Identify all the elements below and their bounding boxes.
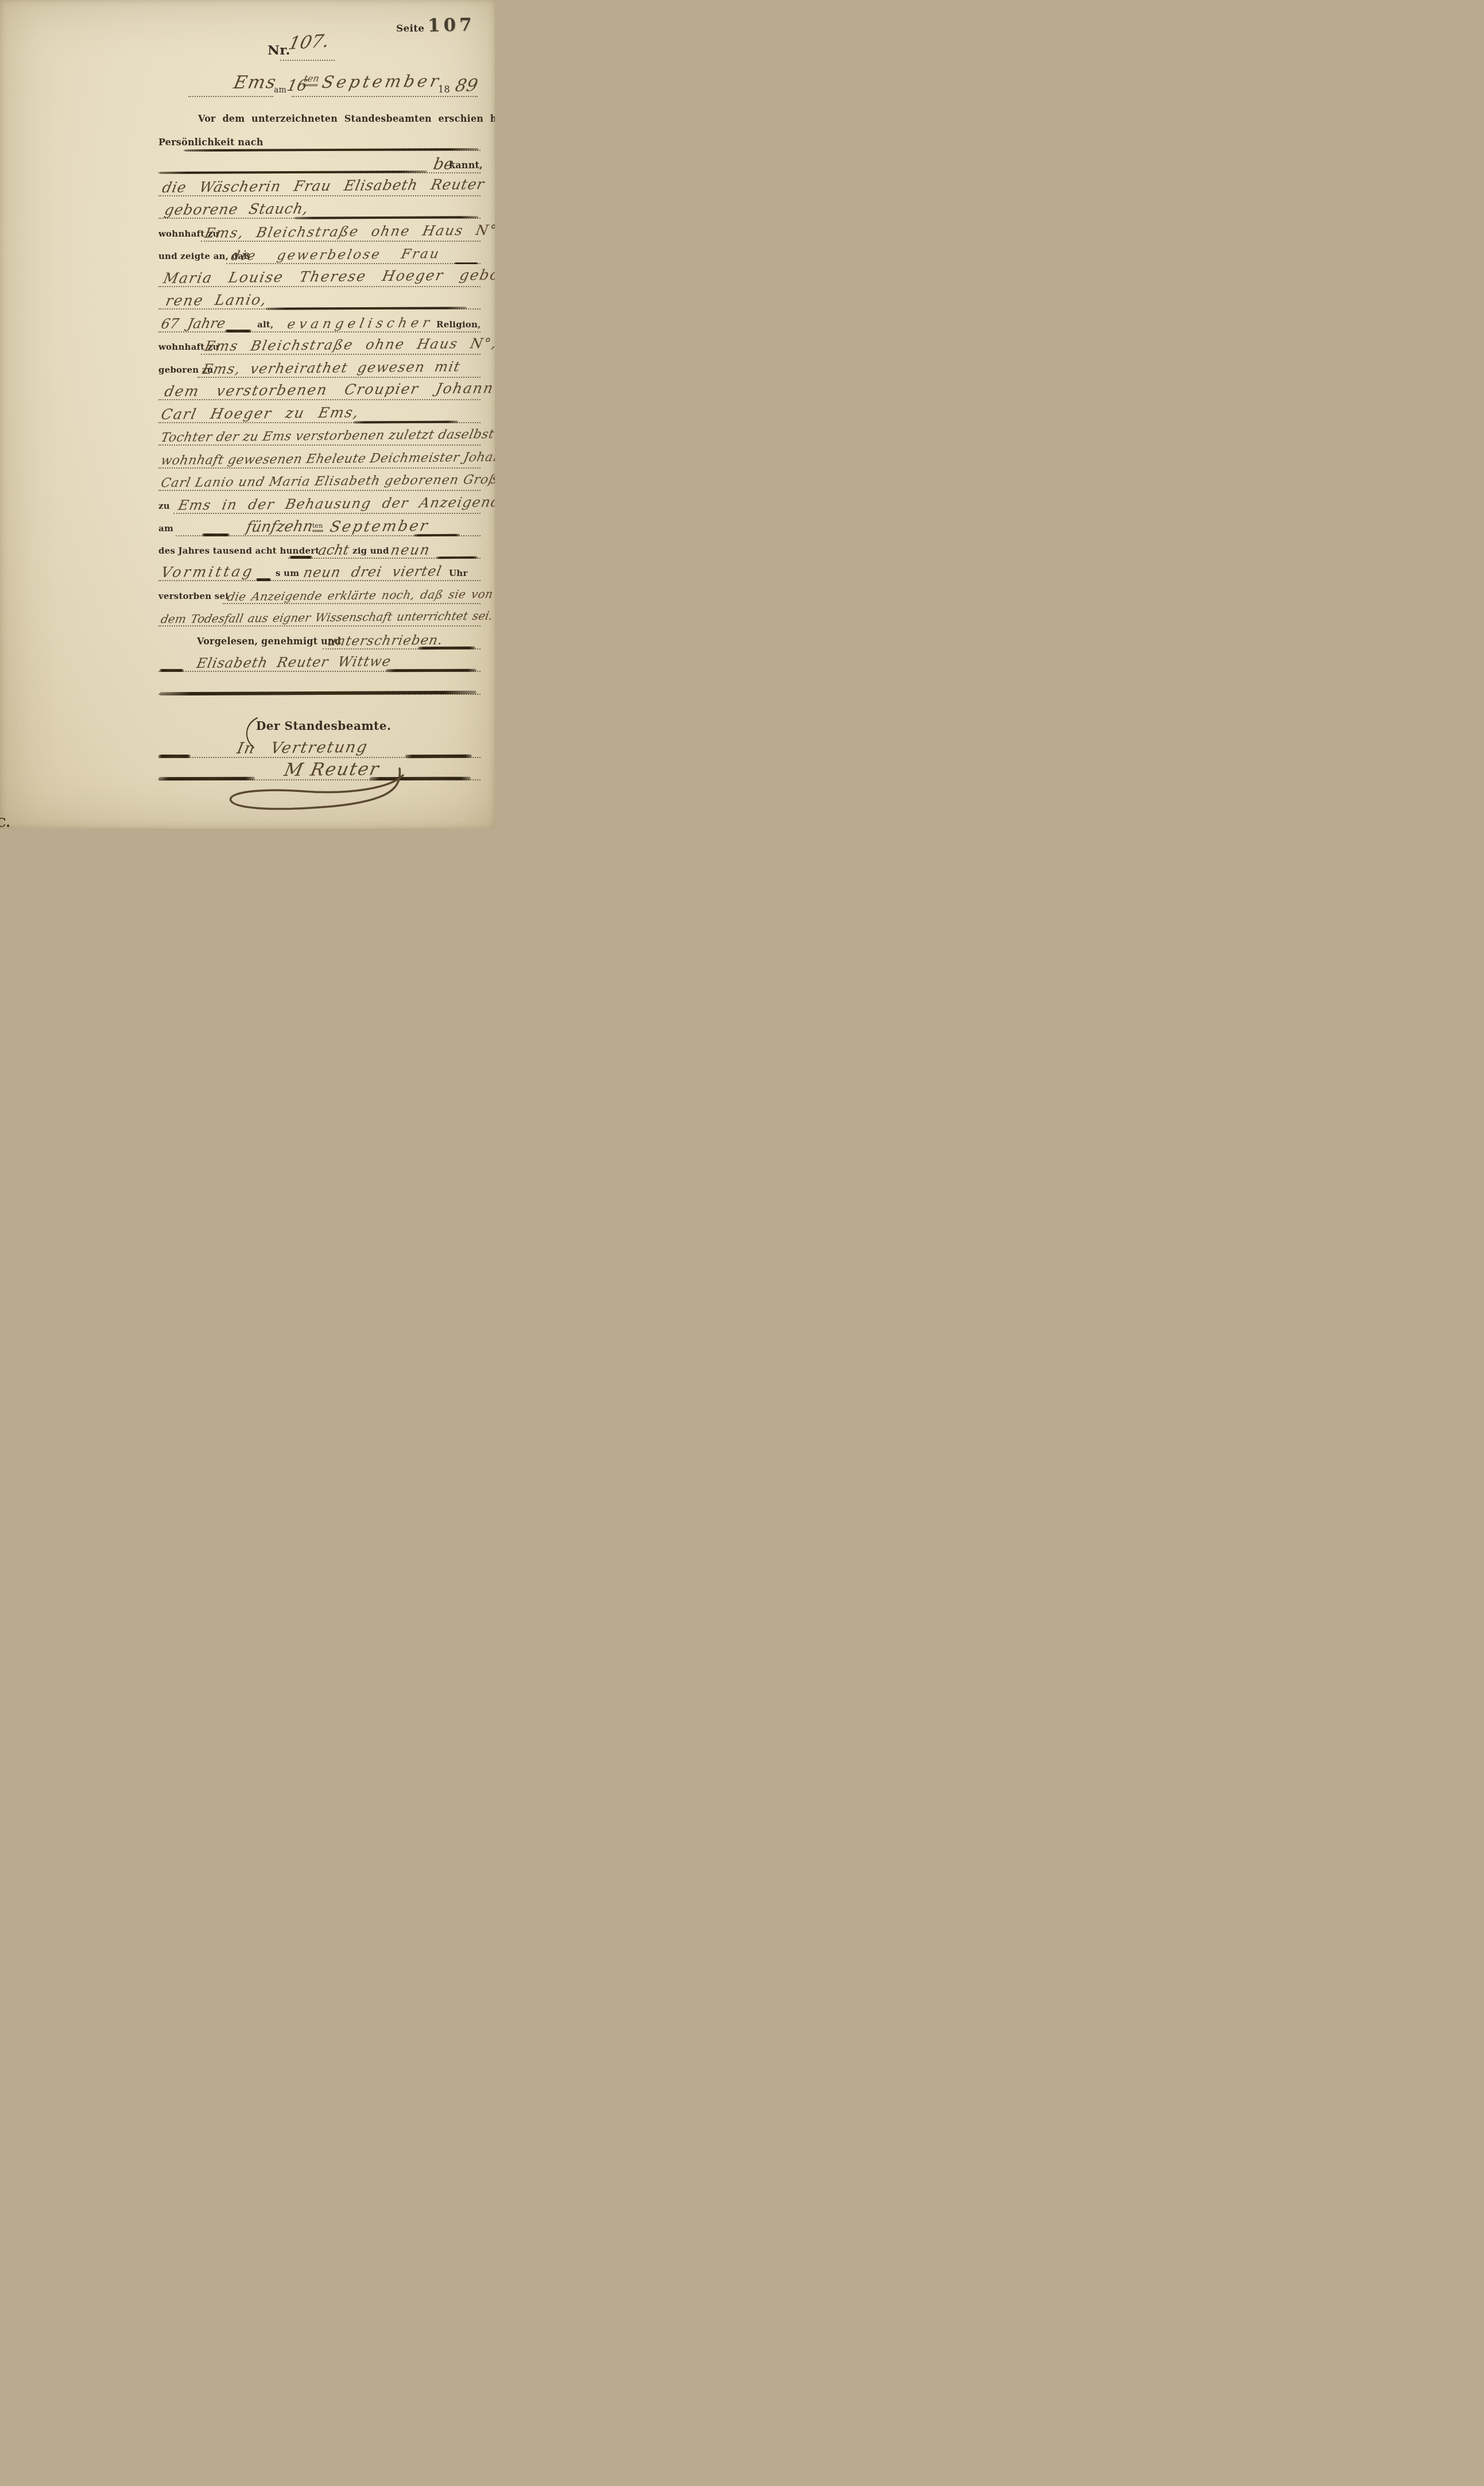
am-label: am: [274, 86, 286, 95]
death-place-handwritten: Ems in der Behausung der Anzeigenden: [177, 494, 495, 513]
form-line-empty: [158, 672, 481, 695]
form-line-died: verstorben sei die Anzeigende erklärte n…: [158, 581, 481, 604]
zig-und-label: zig und: [352, 546, 389, 556]
s-um-label: s um: [276, 568, 299, 578]
parents2-handwritten: wohnhaft gewesenen Eheleute Deichmeister…: [160, 450, 495, 468]
uhr-label: Uhr: [449, 568, 468, 578]
death-day-handwritten: fünfzehn: [245, 518, 315, 536]
dotted-rule: [280, 60, 335, 61]
form-line-birthplace: geboren zu Ems, verheirathet gewesen mit: [158, 355, 481, 378]
form-line-death-time: Vormittag s um neun drei viertel Uhr: [158, 558, 481, 581]
death-year-decade-handwritten: acht: [317, 542, 351, 558]
form-line-residence-deceased: wohnhaft zu Ems Bleichstraße ohne Haus N…: [158, 332, 481, 355]
form-line-persoenlichkeit: Persönlichkeit nach: [158, 128, 481, 151]
am-label: am: [158, 523, 173, 533]
form-line-vertretung: In Vertretung: [158, 735, 481, 758]
ten-suffix-printed: ten: [312, 522, 323, 532]
form-line-death-year: des Jahres tausend acht hundert acht zig…: [158, 536, 481, 559]
deceased-name-handwritten: Maria Louise Therese Hoeger gebo-: [162, 266, 495, 287]
witness-name-handwritten: die Wäscherin Frau Elisabeth Reuter: [161, 176, 486, 196]
form-line-witness-name: die Wäscherin Frau Elisabeth Reuter: [158, 173, 481, 196]
witness-maiden-name-handwritten: geborene Stauch,: [163, 200, 310, 218]
verstorben-sei-label: verstorben sei: [158, 591, 228, 601]
date-day-suffix: ten: [303, 73, 320, 86]
form-line-witness-maiden-name: geborene Stauch,: [158, 196, 481, 219]
form-line-deceased-maiden-name: rene Lanio,: [158, 287, 481, 310]
seite-label: Seite: [396, 23, 424, 34]
parents1-handwritten: Tochter der zu Ems verstorbenen zuletzt …: [160, 427, 495, 445]
form-line-age-religion: 67 Jahre alt, evangelischer Religion,: [158, 310, 481, 333]
form-line-spouse2: Carl Hoeger zu Ems,: [158, 400, 481, 423]
age-handwritten: 67 Jahre: [160, 315, 227, 332]
corner-mark: C.: [0, 815, 10, 829]
date-place-handwritten: Ems: [232, 72, 278, 93]
parents3-handwritten: Carl Lanio und Maria Elisabeth geborenen…: [160, 473, 495, 490]
form-line-read-approved: Vorgelesen, genehmigt und unterschrieben…: [158, 627, 481, 649]
record-number-handwritten: 107.: [286, 30, 331, 54]
residence-deceased-handwritten: Ems Bleichstraße ohne Haus N°,: [203, 335, 495, 354]
signature-flourish: [218, 765, 408, 822]
page-number-stamp: 107: [428, 14, 475, 36]
report-handwritten: die gewerbelose Frau: [230, 246, 441, 264]
religion-label: Religion,: [436, 319, 481, 330]
religion-handwritten: evangelischer: [286, 315, 435, 332]
form-line-bekannt: be kannt,: [158, 150, 481, 173]
residence-witness-handwritten: Ems, Bleichstraße ohne Haus N°,: [203, 222, 495, 241]
dotted-rule: [188, 96, 273, 97]
des-jahres-label: des Jahres tausend acht hundert: [158, 546, 319, 556]
declaration-handwritten: die Anzeigende erklärte noch, daß sie vo…: [226, 587, 494, 604]
form-line-death-place: zu Ems in der Behausung der Anzeigenden: [158, 491, 481, 514]
form-line-report: und zeigte an, daß die gewerbelose Frau: [158, 241, 481, 264]
death-month-handwritten: September: [328, 517, 431, 536]
death-year-unit-handwritten: neun: [389, 542, 432, 558]
century-printed: 18: [438, 84, 450, 95]
form-line-parents3: Carl Lanio und Maria Elisabeth geborenen…: [158, 468, 481, 491]
spouse2-handwritten: Carl Hoeger zu Ems,: [160, 404, 361, 423]
alt-label: alt,: [257, 319, 273, 330]
official-title: Der Standesbeamte.: [256, 719, 391, 733]
form-line-knowledge: dem Todesfall aus eigner Wissenschaft un…: [158, 604, 481, 627]
zu-label: zu: [158, 501, 170, 511]
form-line-deceased-name: Maria Louise Therese Hoeger gebo-: [158, 264, 481, 287]
knowledge-handwritten: dem Todesfall aus eigner Wissenschaft un…: [160, 609, 494, 626]
vorgelesen-label: Vorgelesen, genehmigt und: [197, 636, 341, 647]
form-line-parents2: wohnhaft gewesenen Eheleute Deichmeister…: [158, 446, 481, 469]
vertretung-handwritten: In Vertretung: [235, 739, 370, 757]
persoenlichkeit-label: Persönlichkeit nach: [158, 137, 264, 148]
spouse-handwritten: dem verstorbenen Croupier Johann: [163, 380, 495, 400]
dotted-rule: [292, 96, 478, 97]
intro-line: Vor dem unterzeichneten Standesbeamten e…: [198, 113, 495, 124]
form-line-witness-signature: Elisabeth Reuter Wittwe: [158, 649, 481, 672]
deceased-maiden-name-handwritten: rene Lanio,: [164, 291, 269, 309]
death-record-page: Seite 107 Nr. 107. Ems am 16 ten Septemb…: [0, 0, 495, 829]
witness-signature-handwritten: Elisabeth Reuter Wittwe: [195, 653, 393, 671]
form-line-spouse1: dem verstorbenen Croupier Johann: [158, 377, 481, 400]
form-line-death-day: am fünfzehn ten September: [158, 513, 481, 536]
date-month-handwritten: September: [320, 71, 443, 92]
time-handwritten: neun drei viertel: [302, 563, 443, 581]
daytime-handwritten: Vormittag: [160, 563, 256, 581]
form-line-residence-witness: wohnhaft zu Ems, Bleichstraße ohne Haus …: [158, 219, 481, 242]
birthplace-handwritten: Ems, verheirathet gewesen mit: [201, 358, 462, 377]
date-year-handwritten: 89: [454, 76, 479, 96]
form-line-parents1: Tochter der zu Ems verstorbenen zuletzt …: [158, 423, 481, 446]
bekannt-printed: kannt,: [449, 160, 483, 171]
